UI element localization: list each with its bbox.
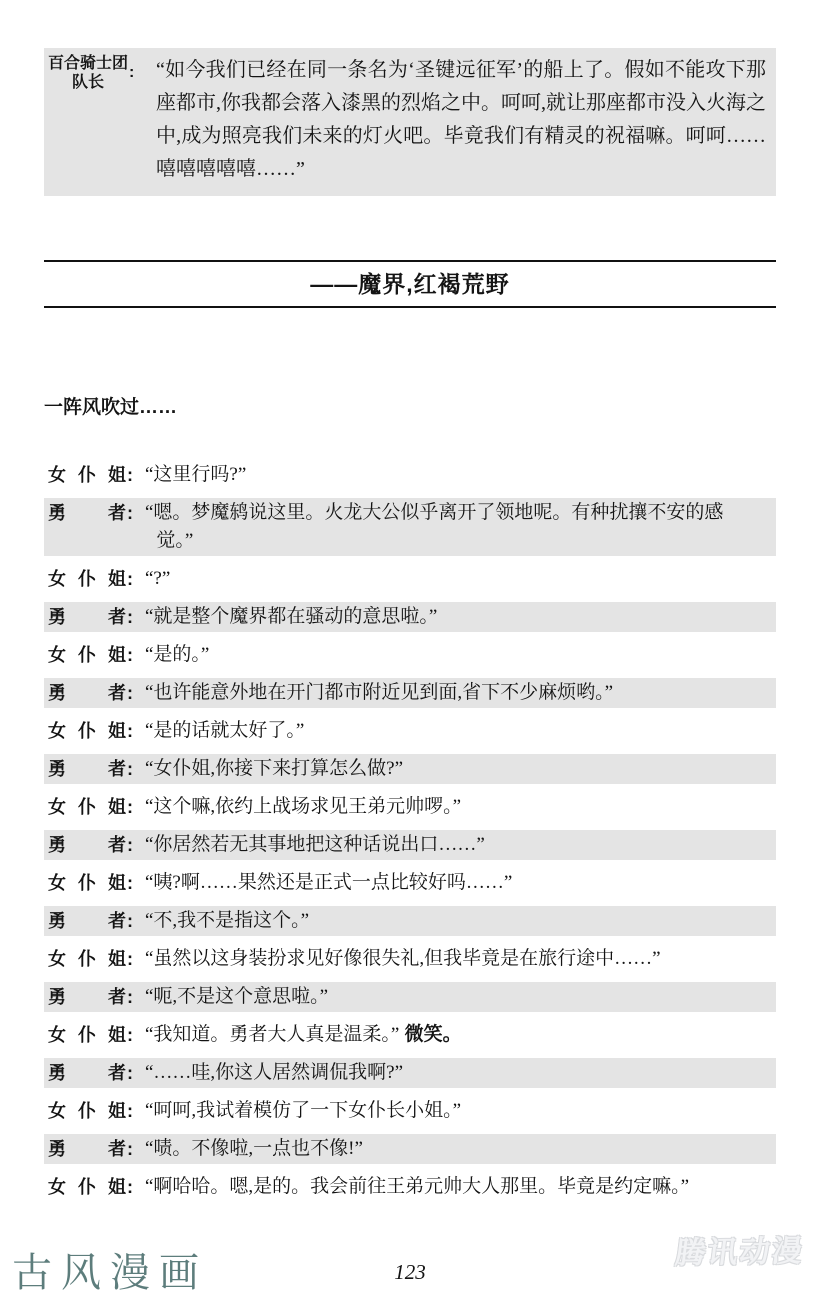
dialogue-text: “?” [145, 565, 737, 593]
dialogue-text: “不,我不是指这个。” [145, 907, 737, 935]
section-header: ——魔界,红褐荒野 [44, 260, 776, 308]
dialogue-text: “是的。” [145, 641, 737, 669]
dialogue-row: 勇者: “不,我不是指这个。” [44, 906, 776, 936]
dialogue-text: “啊哈哈。嗯,是的。我会前往王弟元帅大人那里。毕竟是约定嘛。” [145, 1173, 737, 1201]
speaker-label: 勇者: [48, 907, 145, 935]
speaker-label: 勇者: [48, 831, 145, 859]
page-number: 123 [394, 1260, 426, 1285]
smile-emphasis: 微笑。 [399, 1024, 461, 1045]
dialogue-row: 女仆姐: “是的。” [44, 640, 776, 670]
dialogue-row: 女仆姐: “这个嘛,依约上战场求见王弟元帅啰。” [44, 792, 776, 822]
speaker-label: 勇者: [48, 679, 145, 707]
speaker-label: 女仆姐: [48, 717, 145, 745]
dialogue-text: “咦?啊……果然还是正式一点比较好吗……” [145, 869, 737, 897]
dialogue-row: 勇者: “女仆姐,你接下来打算怎么做?” [44, 754, 776, 784]
speaker-colon: : [129, 64, 134, 82]
dialogue-row: 女仆姐: “虽然以这身装扮求见好像很失礼,但我毕竟是在旅行途中……” [44, 944, 776, 974]
speaker-label: 勇者: [48, 603, 145, 631]
speaker-label: 勇者: [48, 499, 145, 527]
dialogue-row: 勇者: “嗯。梦魔鸫说这里。火龙大公似乎离开了领地呢。有种扰攘不安的感觉。” [44, 498, 776, 556]
section-title: ——魔界,红褐荒野 [44, 269, 776, 299]
dialogue-text: “呵呵,我试着模仿了一下女仆长小姐。” [145, 1097, 737, 1125]
dialogue-row: 勇者: “也许能意外地在开门都市附近见到面,省下不少麻烦哟。” [44, 678, 776, 708]
speaker-label: 勇者: [48, 755, 145, 783]
speaker-name-line1: 百合骑士团 [48, 54, 128, 73]
dialogue-text: “啧。不像啦,一点也不像!” [145, 1135, 737, 1163]
dialogue-row: 女仆姐: “这里行吗?” [44, 460, 776, 490]
dialogue-row: 女仆姐: “是的话就太好了。” [44, 716, 776, 746]
speaker-label: 女仆姐: [48, 1097, 145, 1125]
dialogue-text: “……哇,你这人居然调侃我啊?” [145, 1059, 737, 1087]
dialogue-text: “也许能意外地在开门都市附近见到面,省下不少麻烦哟。” [145, 679, 737, 707]
dialogue-text: “虽然以这身装扮求见好像很失礼,但我毕竟是在旅行途中……” [145, 945, 737, 973]
speaker-label: 女仆姐: [48, 641, 145, 669]
dialogue-text: “就是整个魔界都在骚动的意思啦。” [145, 603, 737, 631]
tencent-comics-logo-watermark: 腾讯动漫 [673, 1226, 807, 1272]
speaker-label: 女仆姐: [48, 461, 145, 489]
document-page: 百合骑士团 队长 : “如今我们已经在同一条名为‘圣键远征军’的船上了。假如不能… [0, 48, 820, 1202]
dialogue-text: “是的话就太好了。” [145, 717, 737, 745]
dialogue-text: “这个嘛,依约上战场求见王弟元帅啰。” [145, 793, 737, 821]
speaker-label: 女仆姐: [48, 1173, 145, 1201]
speaker-label: 勇者: [48, 983, 145, 1011]
speaker-label: 女仆姐: [48, 565, 145, 593]
dialogue-row: 女仆姐: “?” [44, 564, 776, 594]
dialogue-row: 勇者: “呃,不是这个意思啦。” [44, 982, 776, 1012]
dialogue-row: 女仆姐: “咦?啊……果然还是正式一点比较好吗……” [44, 868, 776, 898]
dialogue-row: 女仆姐: “啊哈哈。嗯,是的。我会前往王弟元帅大人那里。毕竟是约定嘛。” [44, 1172, 776, 1202]
dialogue-text: “我知道。勇者大人真是温柔。” 微笑。 [145, 1021, 737, 1049]
dialogue-row: 勇者: “啧。不像啦,一点也不像!” [44, 1134, 776, 1164]
lead-text: 一阵风吹过…… [44, 396, 776, 420]
speaker-label: 勇者: [48, 1059, 145, 1087]
speaker-label: 女仆姐: [48, 869, 145, 897]
dialogue-text: “你居然若无其事地把这种话说出口……” [145, 831, 737, 859]
dialogue-row: 勇者: “就是整个魔界都在骚动的意思啦。” [44, 602, 776, 632]
captain-quote-block: 百合骑士团 队长 : “如今我们已经在同一条名为‘圣键远征军’的船上了。假如不能… [44, 48, 776, 196]
dialogue-text: “嗯。梦魔鸫说这里。火龙大公似乎离开了领地呢。有种扰攘不安的感觉。” [145, 499, 737, 555]
speaker-label: 勇者: [48, 1135, 145, 1163]
dialogue-text: “呃,不是这个意思啦。” [145, 983, 737, 1011]
dialogue-row: 女仆姐: “呵呵,我试着模仿了一下女仆长小姐。” [44, 1096, 776, 1126]
captain-quote-text: “如今我们已经在同一条名为‘圣键远征军’的船上了。假如不能攻下那座都市,你我都会… [148, 54, 766, 186]
speaker-label: 女仆姐: [48, 945, 145, 973]
dialogue-row: 勇者: “你居然若无其事地把这种话说出口……” [44, 830, 776, 860]
speaker-label: 女仆姐: [48, 1021, 145, 1049]
dialogue-row: 勇者: “……哇,你这人居然调侃我啊?” [44, 1058, 776, 1088]
speaker-name-line2: 队长 [48, 73, 128, 92]
dialogue-text: “这里行吗?” [145, 461, 737, 489]
dialogue-list: 女仆姐: “这里行吗?” 勇者: “嗯。梦魔鸫说这里。火龙大公似乎离开了领地呢。… [44, 460, 776, 1202]
speaker-name: 百合骑士团 队长 [48, 54, 128, 92]
dialogue-text: “女仆姐,你接下来打算怎么做?” [145, 755, 737, 783]
speaker-label: 女仆姐: [48, 793, 145, 821]
captain-speaker-label: 百合骑士团 队长 : [48, 54, 148, 92]
brand-watermark: 古风漫画 [12, 1251, 208, 1291]
dialogue-row: 女仆姐: “我知道。勇者大人真是温柔。” 微笑。 [44, 1020, 776, 1050]
